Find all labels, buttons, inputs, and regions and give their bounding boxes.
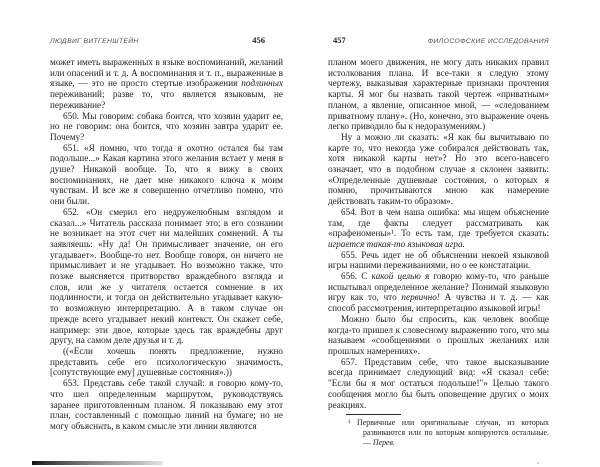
text-run: Ну а можно ли сказать: «Я как бы вычитыв… bbox=[328, 132, 549, 206]
text-run: 651. «Я помню, что тогда я охотно осталс… bbox=[50, 143, 283, 207]
italic-text-run: подлинных bbox=[241, 78, 283, 88]
footnote-section: ¹ Первичные или оригинальные случаи, из … bbox=[328, 414, 549, 448]
text-run: ((«Если хочешь понять предложение, нужно… bbox=[50, 346, 283, 377]
running-header-left: ЛЮДВИГ ВИТГЕНШТЕЙН 456 bbox=[50, 36, 283, 45]
italic-text-run: Перев. bbox=[373, 438, 395, 447]
paragraph: 653. Представь себе такой случай: я гово… bbox=[50, 378, 283, 432]
italic-text-run: первично! bbox=[401, 292, 439, 302]
paragraph: 654. Вот в чем наша ошибка: мы ищем объя… bbox=[328, 207, 549, 250]
paragraph: 656. С какой целью я говорю кому-то, что… bbox=[328, 271, 549, 314]
paragraph: 651. «Я помню, что тогда я охотно осталс… bbox=[50, 143, 283, 207]
author-running-title: ЛЮДВИГ ВИТГЕНШТЕЙН bbox=[50, 37, 139, 46]
footnote-rule bbox=[346, 414, 401, 415]
paragraph: Ну а можно ли сказать: «Я как бы вычитыв… bbox=[328, 132, 549, 207]
book-scan: ЛЮДВИГ ВИТГЕНШТЕЙН 456 может иметь выраж… bbox=[0, 0, 600, 467]
text-run: Можно было бы спросить, как человек вооб… bbox=[328, 314, 549, 356]
page-number-left: 456 bbox=[252, 36, 283, 45]
paragraph: 655. Речь идет не об объяснении некоей я… bbox=[328, 250, 549, 271]
footnote: ¹ Первичные или оригинальные случаи, из … bbox=[328, 418, 549, 448]
scan-speck bbox=[537, 462, 539, 464]
left-page-text: может иметь выраженных в языке воспомина… bbox=[50, 57, 283, 432]
scan-speck bbox=[99, 424, 102, 426]
text-run: 657. Представим себе, что такое высказыв… bbox=[328, 357, 549, 410]
paragraph: Можно было бы спросить, как человек вооб… bbox=[328, 314, 549, 357]
italic-text-run: какой целью bbox=[372, 271, 421, 281]
text-run: планом моего движения, не могу дать ника… bbox=[328, 57, 549, 131]
book-page-right: 457 ФИЛОСОФСКИЕ ИССЛЕДОВАНИЯ планом моег… bbox=[328, 36, 549, 448]
book-running-title: ФИЛОСОФСКИЕ ИССЛЕДОВАНИЯ bbox=[428, 37, 549, 46]
paragraph: планом моего движения, не могу дать ника… bbox=[328, 57, 549, 132]
paragraph: 652. «Он смерил его недружелюбным взгляд… bbox=[50, 207, 283, 346]
paragraph: 650. Мы говорим: собака боится, что хозя… bbox=[50, 111, 283, 143]
paragraph: может иметь выраженных в языке воспомина… bbox=[50, 57, 283, 111]
running-header-right: 457 ФИЛОСОФСКИЕ ИССЛЕДОВАНИЯ bbox=[328, 36, 549, 45]
book-page-left: ЛЮДВИГ ВИТГЕНШТЕЙН 456 может иметь выраж… bbox=[50, 36, 283, 432]
right-page-text: планом моего движения, не могу дать ника… bbox=[328, 57, 549, 410]
text-run: 650. Мы говорим: собака боится, что хозя… bbox=[50, 111, 283, 142]
text-run: 654. Вот в чем наша ошибка: мы ищем объя… bbox=[328, 207, 549, 238]
text-run: 656. С bbox=[341, 271, 372, 281]
italic-text-run: играется такая-то языковая игра. bbox=[328, 239, 465, 249]
paragraph: ((«Если хочешь понять предложение, нужно… bbox=[50, 346, 283, 378]
page-number-right: 457 bbox=[328, 36, 346, 45]
paragraph: 657. Представим себе, что такое высказыв… bbox=[328, 357, 549, 411]
text-run: 653. Представь себе такой случай: я гово… bbox=[50, 378, 283, 431]
text-run: 655. Речь идет не об объяснении некоей я… bbox=[328, 250, 549, 271]
text-run: переживаний; разве то, что является язык… bbox=[50, 89, 283, 110]
text-run: 652. «Он смерил его недружелюбным взгляд… bbox=[50, 207, 283, 345]
scan-artifact-bar bbox=[32, 461, 163, 465]
